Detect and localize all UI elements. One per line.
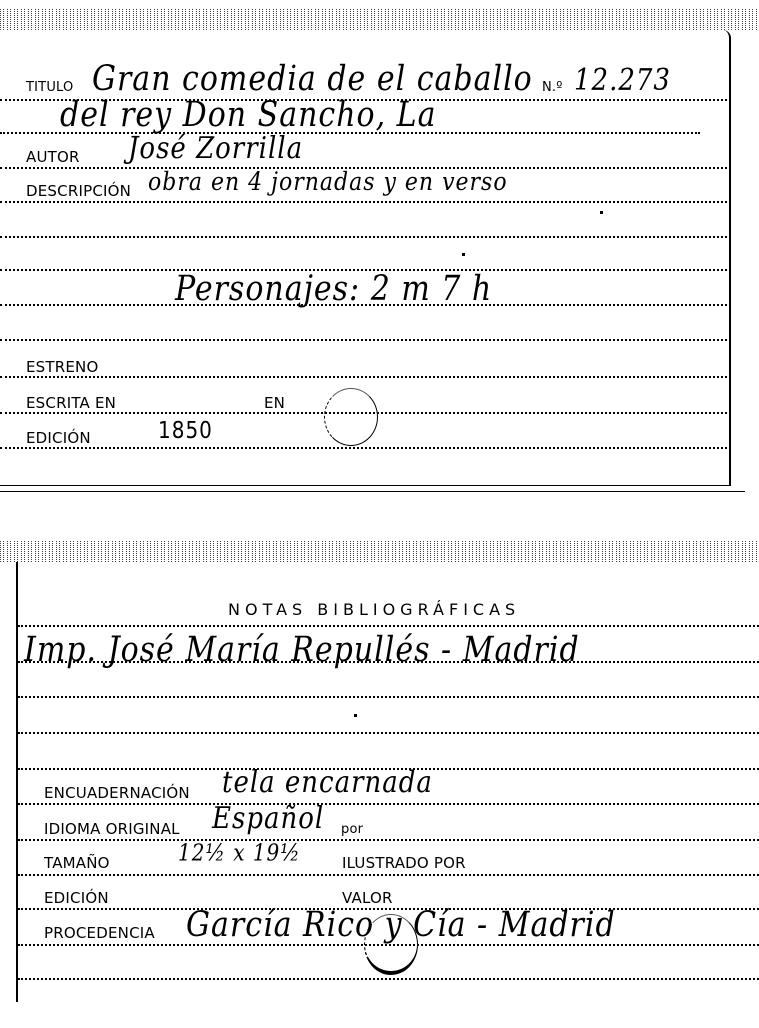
ilustrado-label: ILUSTRADO POR (342, 854, 466, 872)
descripcion-label: DESCRIPCIÓN (26, 182, 131, 200)
autor-label: AUTOR (26, 148, 80, 166)
personajes-value: Personajes: 2 m 7 h (175, 269, 492, 309)
en-label: EN (264, 394, 285, 412)
speck (462, 253, 465, 256)
tamano-value: 12½ x 19½ (178, 838, 301, 866)
encuadernacion-value: tela encarnada (222, 766, 433, 801)
scan-edge-top-back (0, 540, 759, 562)
numero-value: 12.273 (574, 64, 671, 99)
rule-line (18, 874, 759, 876)
rule-line (0, 339, 727, 341)
titulo-value-line1: Gran comedia de el caballo (92, 59, 533, 99)
procedencia-label: PROCEDENCIA (44, 924, 155, 942)
rule-line (18, 696, 759, 698)
edicion-back-label: EDICIÓN (44, 889, 109, 907)
edicion-value: 1850 (158, 416, 213, 444)
punch-hole (324, 388, 378, 446)
edicion-label: EDICIÓN (26, 429, 91, 447)
speck (600, 211, 603, 214)
autor-value: José Zorrilla (128, 132, 303, 167)
titulo-value-line2: del rey Don Sancho, La (60, 95, 436, 135)
punch-hole (364, 914, 418, 975)
rule-line (18, 625, 759, 627)
estreno-label: ESTRENO (26, 358, 99, 376)
rule-line (0, 236, 727, 238)
rule-line (18, 732, 759, 734)
card-separator (0, 491, 745, 492)
tamano-label: TAMAÑO (44, 854, 110, 872)
rule-line (0, 447, 727, 449)
escrita-en-label: ESCRITA EN (26, 394, 116, 412)
rule-line (18, 803, 759, 805)
rule-line (18, 839, 759, 841)
idioma-value: Español (212, 802, 324, 837)
encuadernacion-label: ENCUADERNACIÓN (44, 784, 190, 802)
scan-edge-top-front (0, 8, 759, 30)
numero-label: N.º (542, 80, 563, 95)
por-label: por (341, 822, 363, 837)
idioma-label: IDIOMA ORIGINAL (44, 820, 180, 838)
notas-heading: NOTAS BIBLIOGRÁFICAS (228, 600, 520, 619)
notas-value: Imp. José María Repullés - Madrid (24, 630, 580, 670)
rule-line (18, 978, 759, 980)
rule-line (0, 376, 727, 378)
speck (354, 714, 357, 717)
rule-line (0, 201, 727, 203)
descripcion-value: obra en 4 jornadas y en verso (148, 168, 508, 197)
titulo-label: TITULO (26, 80, 73, 95)
